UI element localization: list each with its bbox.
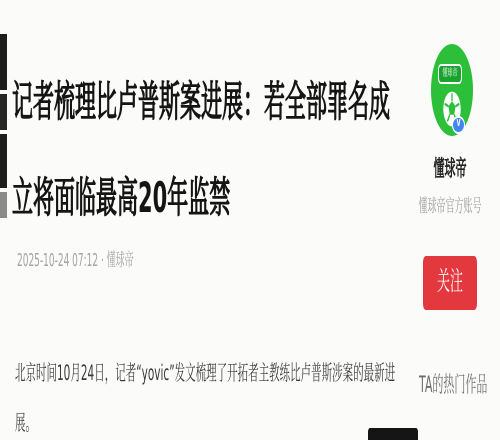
avatar-brand-badge: 懂球帝 [438,64,462,84]
author-subtitle: 懂球帝官方账号 [400,192,500,218]
article-meta-dateline: 2025-10-24 07:12 · 懂球帝 [17,246,134,272]
left-edge-glyph-fragment [0,34,7,90]
author-panel: 懂球帝 V 懂球帝 懂球帝官方账号 关注 TA的热门作品 [400,0,500,440]
author-name[interactable]: 懂球帝 [400,152,500,184]
article-title-line2: 立将面临最高20年监禁 [12,166,230,226]
article-body-line2: 展。 [15,407,36,437]
popular-works-heading: TA的热门作品 [419,368,487,400]
left-edge-glyph-fragment [0,192,7,218]
article-body-line1: 北京时间10月24日，记者“yovic”发文梳理了开拓者主教练比卢普斯涉案的最新… [15,357,395,387]
left-edge-glyph-fragment [0,94,7,130]
left-edge-glyph-fragment [0,134,7,188]
popular-work-thumbnail[interactable] [368,428,418,440]
article-title-line1: 记者梳理比卢普斯案进展：若全部罪名成 [12,70,390,130]
verified-badge-icon: V [452,116,465,134]
stretched-stage: 记者梳理比卢普斯案进展：若全部罪名成 立将面临最高20年监禁 2025-10-2… [0,0,500,440]
follow-button[interactable]: 关注 [423,256,477,310]
author-avatar[interactable]: 懂球帝 V [431,44,473,136]
article-page: 记者梳理比卢普斯案进展：若全部罪名成 立将面临最高20年监禁 2025-10-2… [0,0,500,440]
